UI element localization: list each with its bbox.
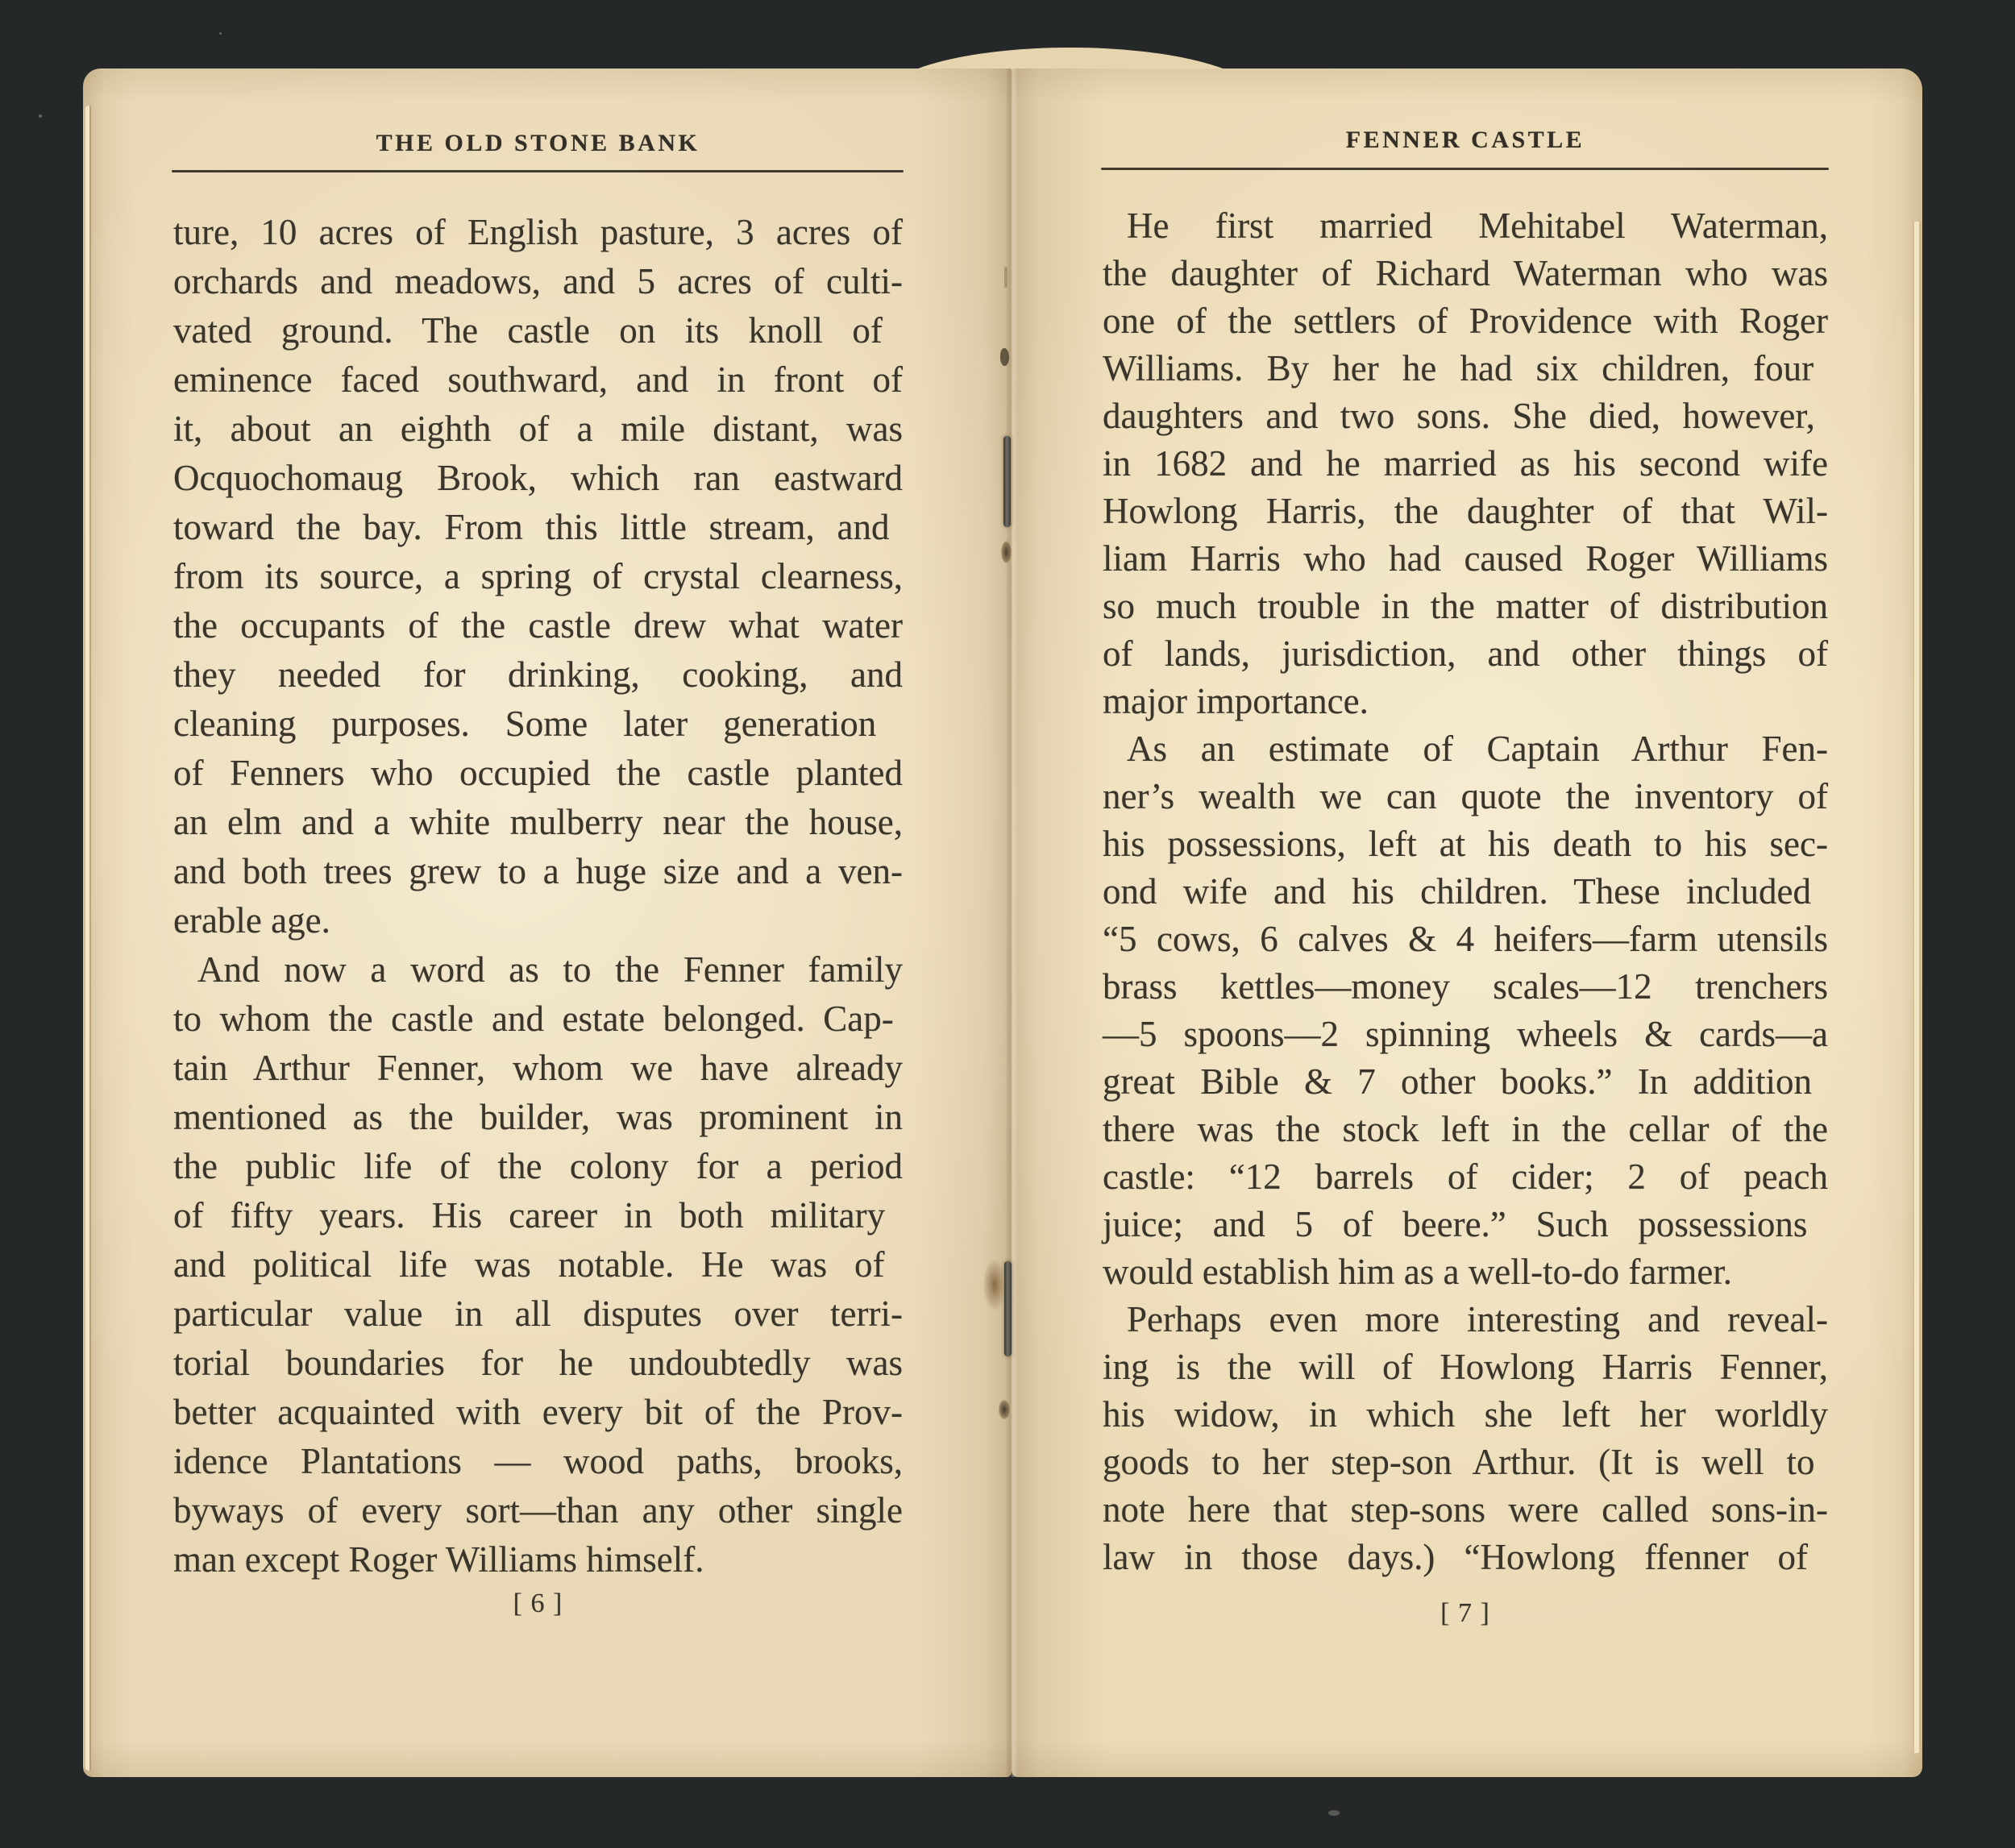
text-line: they needed for drinking, cooking, and	[173, 650, 903, 700]
text-line: —5 spoons—2 spinning wheels & cards—a	[1103, 1011, 1828, 1058]
text-line: so much trouble in the matter of distrib…	[1103, 583, 1828, 630]
text-line: erable age.	[173, 896, 903, 945]
right-header-rule	[1101, 168, 1829, 170]
text-line: toward the bay. From this little stream,…	[173, 503, 903, 552]
text-line: from its source, a spring of crystal cle…	[173, 552, 903, 601]
text-line: eminence faced southward, and in front o…	[173, 355, 903, 405]
text-line: and both trees grew to a huge size and a…	[173, 847, 903, 896]
text-line: in 1682 and he married as his second wif…	[1103, 440, 1828, 488]
text-line: idence Plantations — wood paths, brooks,	[173, 1437, 903, 1486]
text-line: there was the stock left in the cellar o…	[1103, 1106, 1828, 1153]
left-text-column: ture, 10 acres of English pasture, 3 acr…	[173, 208, 903, 1584]
text-line: the occupants of the castle drew what wa…	[173, 601, 903, 650]
dust-speck	[39, 114, 42, 118]
text-line: Ocquochomaug Brook, which ran eastward	[173, 454, 903, 503]
right-page-fore-edge	[1909, 222, 1922, 1753]
dust-speck	[219, 32, 222, 35]
text-line: tain Arthur Fenner, whom we have already	[173, 1044, 903, 1093]
gutter-speck	[1000, 348, 1009, 366]
text-line: his widow, in which she left her worldly	[1103, 1391, 1828, 1439]
text-line: it, about an eighth of a mile distant, w…	[173, 405, 903, 454]
text-line: torial boundaries for he undoubtedly was	[173, 1339, 903, 1388]
staple-bottom-rust-stain	[983, 1258, 1007, 1311]
text-line: “5 cows, 6 calves & 4 heifers—farm utens…	[1103, 916, 1828, 963]
book-spread: THE OLD STONE BANK ture, 10 acres of Eng…	[83, 69, 1922, 1777]
text-line: one of the settlers of Providence with R…	[1103, 297, 1828, 345]
text-line: the public life of the colony for a peri…	[173, 1142, 903, 1191]
text-line: his possessions, left at his death to hi…	[1103, 820, 1828, 868]
text-line: man except Roger Williams himself.	[173, 1535, 903, 1584]
text-line: an elm and a white mulberry near the hou…	[173, 798, 903, 847]
text-line: goods to her step-son Arthur. (It is wel…	[1103, 1439, 1828, 1486]
text-line: Williams. By her he had six children, fo…	[1103, 345, 1828, 392]
text-line: liam Harris who had caused Roger William…	[1103, 535, 1828, 583]
text-line: As an estimate of Captain Arthur Fen-	[1103, 725, 1828, 773]
text-line: daughters and two sons. She died, howeve…	[1103, 392, 1828, 440]
left-page-number: [ 6 ]	[173, 1588, 903, 1619]
text-line: better acquainted with every bit of the …	[173, 1388, 903, 1437]
text-line: ner’s wealth we can quote the inventory …	[1103, 773, 1828, 820]
text-line: major importance.	[1103, 678, 1828, 725]
text-line: the daughter of Richard Waterman who was	[1103, 250, 1828, 297]
gutter-crease	[1005, 69, 1018, 1777]
text-line: great Bible & 7 other books.” In additio…	[1103, 1058, 1828, 1106]
staple-top	[1003, 436, 1011, 527]
right-running-header: FENNER CASTLE	[1103, 127, 1828, 154]
text-line: Howlong Harris, the daughter of that Wil…	[1103, 488, 1828, 535]
text-line: He first married Mehitabel Waterman,	[1103, 202, 1828, 250]
text-line: of Fenners who occupied the castle plant…	[173, 749, 903, 798]
text-line: ture, 10 acres of English pasture, 3 acr…	[173, 208, 903, 257]
dust-speck	[1328, 1810, 1340, 1816]
text-line: note here that step-sons were called son…	[1103, 1486, 1828, 1534]
text-line: vated ground. The castle on its knoll of	[173, 306, 903, 355]
text-line: castle: “12 barrels of cider; 2 of peach	[1103, 1153, 1828, 1201]
left-page-fore-edge	[83, 106, 93, 1771]
text-line: byways of every sort—than any other sing…	[173, 1486, 903, 1535]
text-line: to whom the castle and estate belonged. …	[173, 995, 903, 1044]
text-line: law in those days.) “Howlong ffenner of	[1103, 1534, 1828, 1581]
text-line: of lands, jurisdiction, and other things…	[1103, 630, 1828, 678]
text-line: brass kettles—money scales—12 trenchers	[1103, 963, 1828, 1011]
scan-background: THE OLD STONE BANK ture, 10 acres of Eng…	[0, 0, 2015, 1848]
gutter-speck	[1004, 267, 1008, 288]
text-line: ond wife and his children. These include…	[1103, 868, 1828, 916]
left-header-rule	[172, 170, 904, 172]
text-line: of fifty years. His career in both milit…	[173, 1191, 903, 1240]
left-running-header: THE OLD STONE BANK	[173, 130, 903, 157]
text-line: ing is the will of Howlong Harris Fenner…	[1103, 1343, 1828, 1391]
text-line: cleaning purposes. Some later generation	[173, 700, 903, 749]
staple-top-rust-dot	[1001, 541, 1012, 563]
text-line: Perhaps even more interesting and reveal…	[1103, 1296, 1828, 1343]
text-line: juice; and 5 of beere.” Such possessions	[1103, 1201, 1828, 1248]
text-line: and political life was notable. He was o…	[173, 1240, 903, 1289]
text-line: orchards and meadows, and 5 acres of cul…	[173, 257, 903, 306]
text-line: mentioned as the builder, was prominent …	[173, 1093, 903, 1142]
text-line: And now a word as to the Fenner family	[173, 945, 903, 995]
staple-bottom-rust-dot	[999, 1400, 1010, 1419]
text-line: particular value in all disputes over te…	[173, 1289, 903, 1339]
right-page-number: [ 7 ]	[1103, 1598, 1828, 1629]
right-text-column: He first married Mehitabel Waterman,the …	[1103, 202, 1828, 1581]
text-line: would establish him as a well-to-do farm…	[1103, 1248, 1828, 1296]
